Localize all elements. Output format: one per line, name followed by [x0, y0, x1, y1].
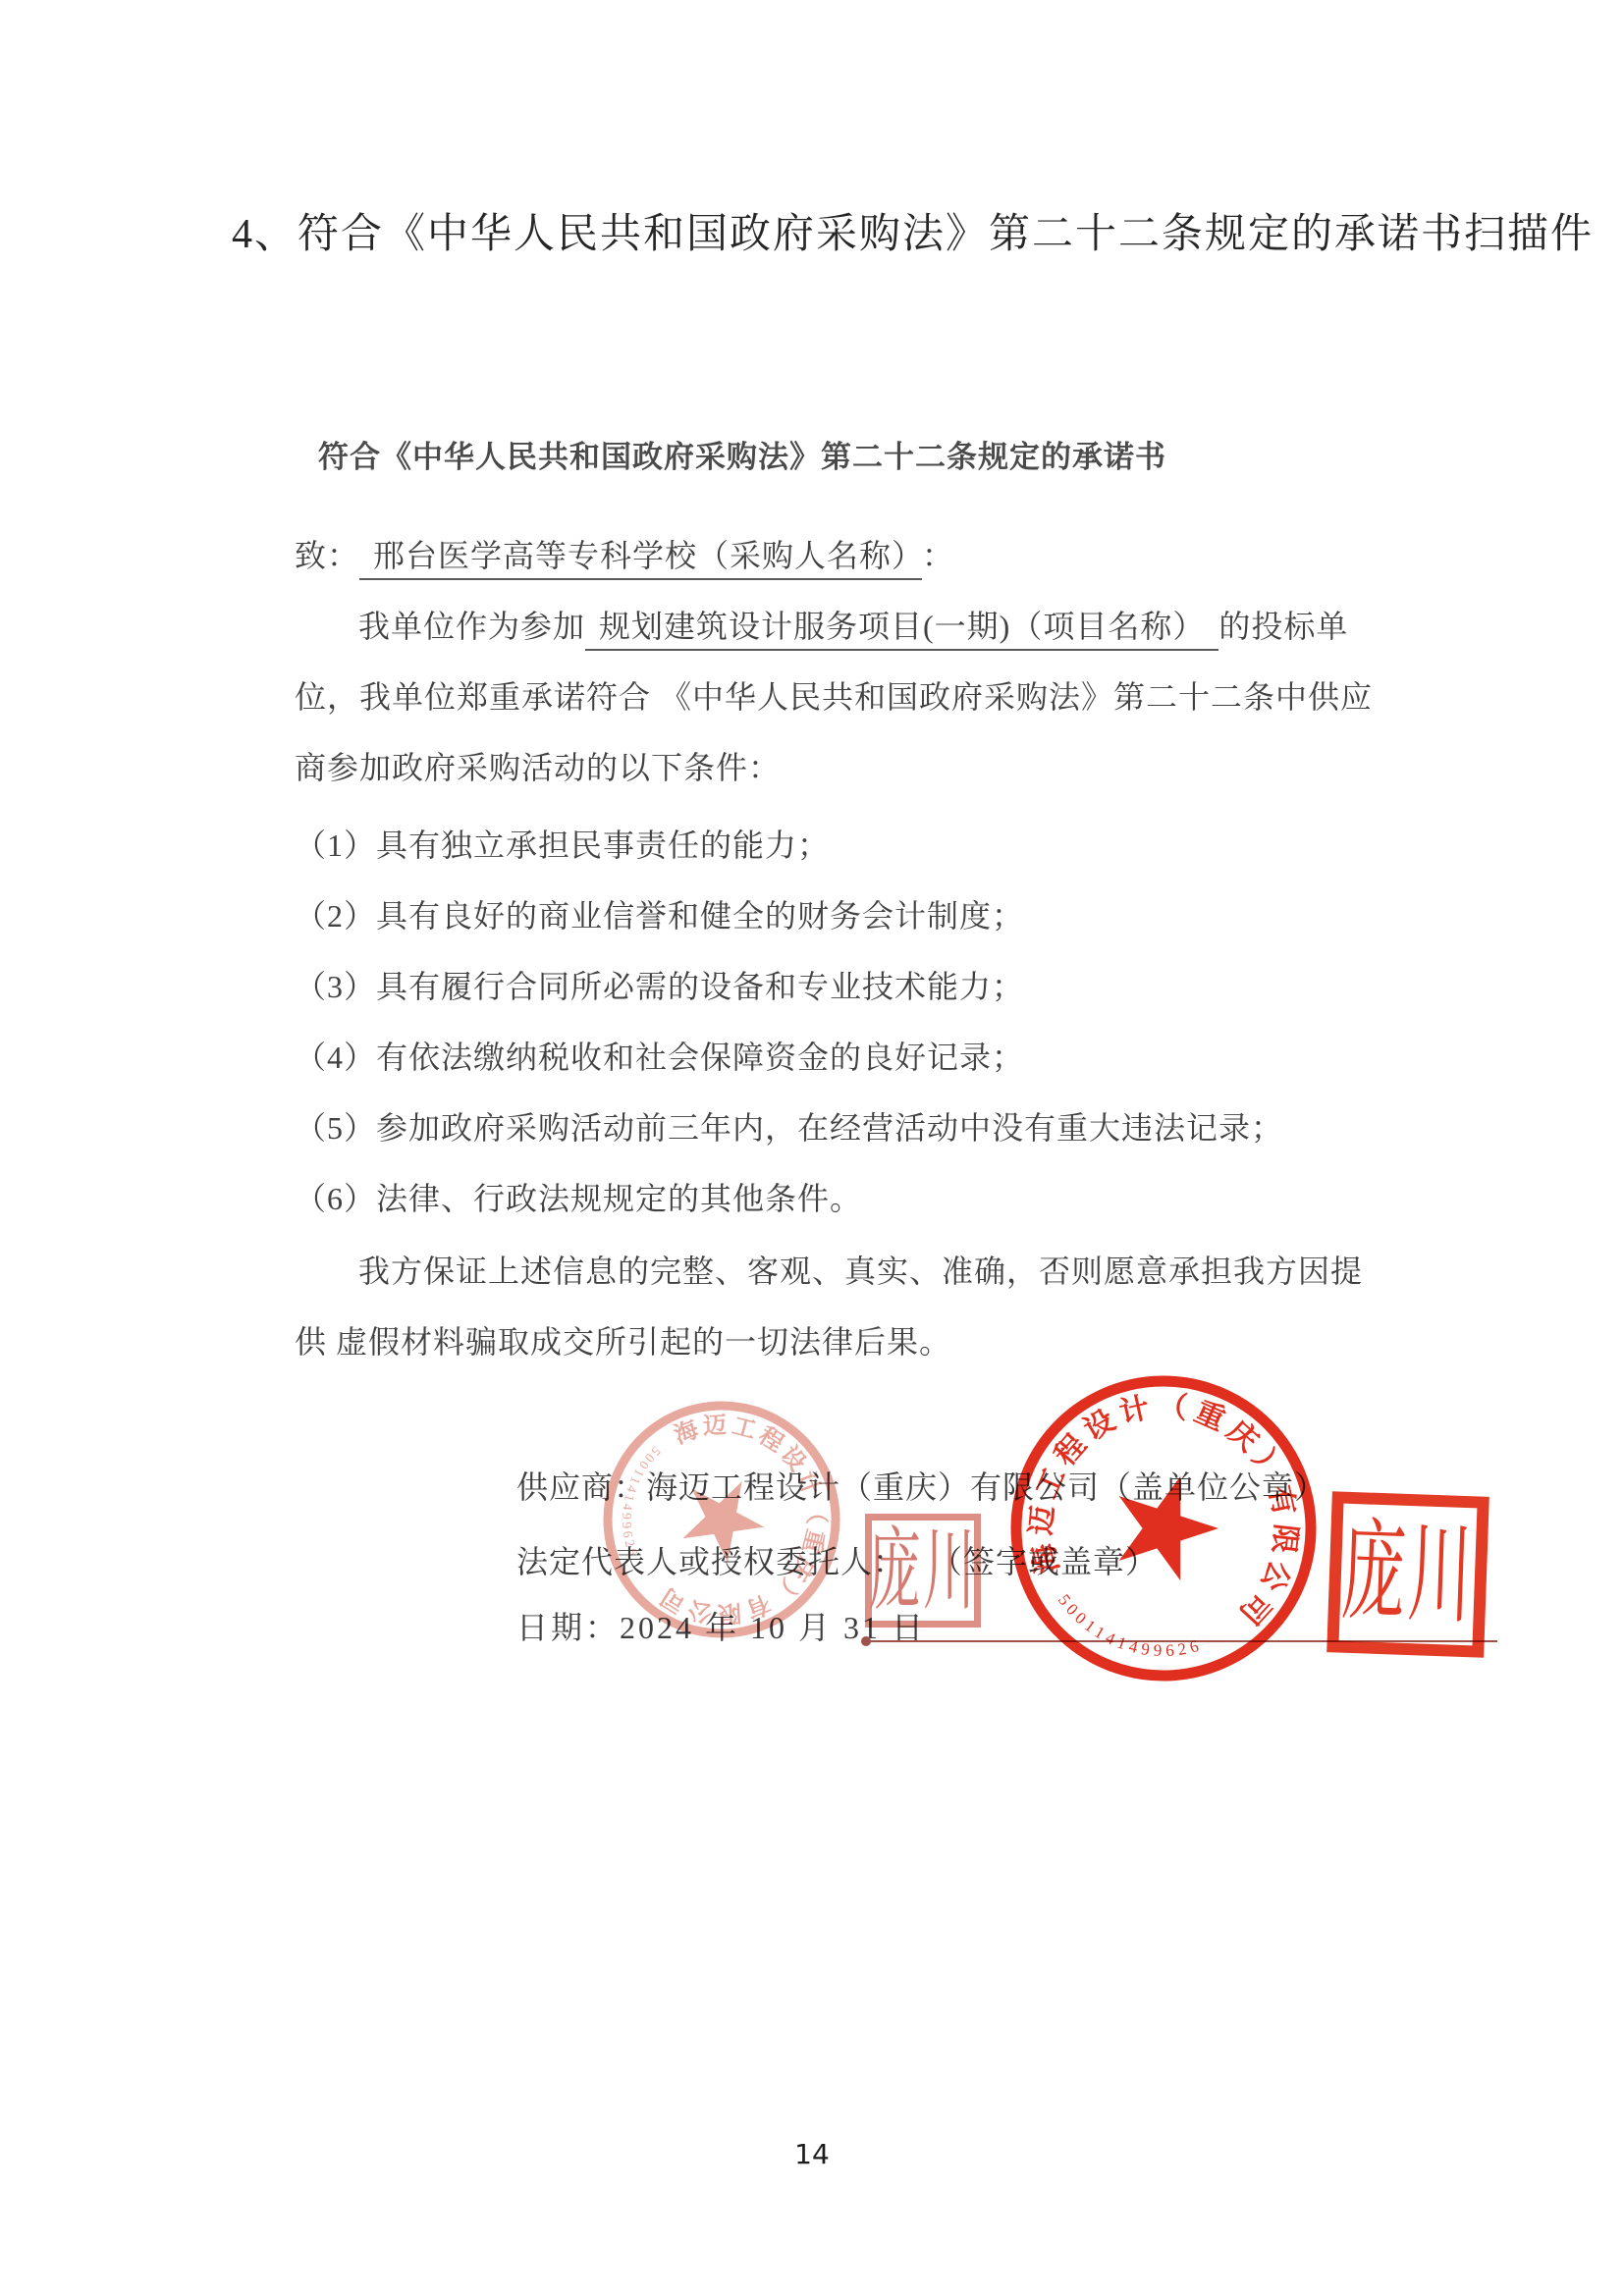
condition-item-4: （4）有依法缴纳税收和社会保障资金的良好记录；: [295, 1033, 1024, 1078]
project-name: 规划建筑设计服务项目(一期)（项目名称）: [585, 609, 1218, 651]
salutation-prefix: 致：: [295, 538, 359, 573]
recipient-name: 邢台医学高等专科学校（采购人名称）: [359, 538, 922, 580]
body-after-project: 的投标单: [1218, 609, 1348, 644]
svg-text:5001141499626: 5001141499626: [611, 1440, 665, 1564]
body-line-1: 我单位作为参加规划建筑设计服务项目(一期)（项目名称）的投标单: [358, 602, 1348, 647]
letter-title: 符合《中华人民共和国政府采购法》第二十二条规定的承诺书: [295, 432, 1190, 476]
company-round-seal-faded: 海迈工程设计（重庆）有限公司 5001141499626: [568, 1366, 876, 1674]
section-title: 4、符合《中华人民共和国政府采购法》第二十二条规定的承诺书扫描件: [232, 201, 1594, 260]
body-line-3: 商参加政府采购活动的以下条件：: [295, 743, 781, 788]
personal-seal-text: 庞川: [1340, 1518, 1476, 1632]
salutation-line: 致：邢台医学高等专科学校（采购人名称）：: [295, 531, 954, 576]
personal-square-seal: 庞川: [1326, 1491, 1489, 1657]
seal-star-icon: [680, 1473, 772, 1568]
body-lead: 我单位作为参加: [358, 609, 585, 644]
personal-square-seal-faded: 庞川: [865, 1514, 981, 1628]
scanned-document-page: 4、符合《中华人民共和国政府采购法》第二十二条规定的承诺书扫描件 符合《中华人民…: [0, 0, 1624, 2296]
condition-item-5: （5）参加政府采购活动前三年内，在经营活动中没有重大违法记录；: [295, 1103, 1283, 1148]
page-number: 14: [0, 2138, 1624, 2170]
personal-seal-text: 庞川: [868, 1525, 977, 1616]
seal-serial-number: 5001141499626: [1046, 1587, 1210, 1678]
seal-star-icon: [1100, 1460, 1230, 1586]
condition-item-1: （1）具有独立承担民事责任的能力；: [295, 821, 830, 866]
condition-item-3: （3）具有履行合同所必需的设备和专业技术能力；: [295, 962, 1024, 1007]
closing-line-2: 供 虚假材料骗取成交所引起的一切法律后果。: [295, 1317, 951, 1362]
seal-serial-number: 5001141499626: [611, 1440, 665, 1564]
company-round-seal: 海迈工程设计（重庆）有限公司 5001141499626: [959, 1324, 1368, 1733]
signature-rule-dot: [861, 1636, 871, 1646]
condition-item-6: （6）法律、行政法规规定的其他条件。: [295, 1174, 862, 1219]
closing-line-1: 我方保证上述信息的完整、客观、真实、准确，否则愿意承担我方因提: [358, 1247, 1363, 1292]
condition-item-2: （2）具有良好的商业信誉和健全的财务会计制度；: [295, 891, 1024, 936]
svg-text:5001141499626: 5001141499626: [1046, 1587, 1210, 1678]
salutation-suffix: ：: [922, 538, 954, 573]
body-line-2: 位，我单位郑重承诺符合 《中华人民共和国政府采购法》第二十二条中供应: [295, 672, 1373, 718]
